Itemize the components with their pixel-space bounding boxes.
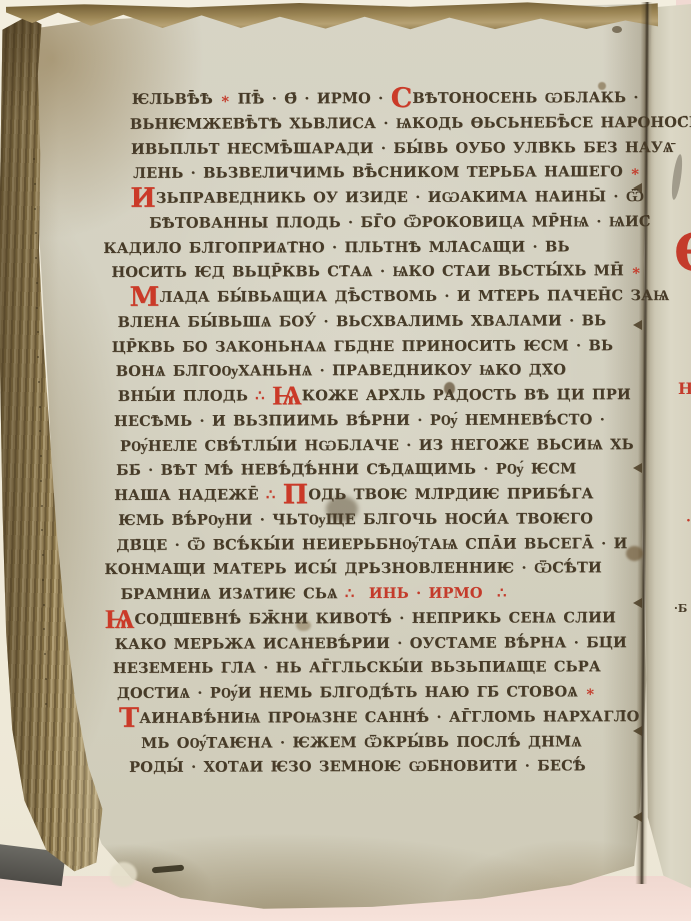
prick-mark xyxy=(41,505,43,507)
adjacent-page-letter-fragment: Н xyxy=(678,381,691,397)
text-line: ѤМЬ ВѢ́РѸНИ · ЧЬТѸЩЕ БЛ̄ГОЧЬ НОСИ́А ТВОѤ… xyxy=(104,510,652,537)
text-segment: СОДШ̄ЕВНѢ́ БЖ̄НИ КИВОТѢ́ · НЕПРИКЬ СЕНѦ … xyxy=(134,609,615,628)
text-segment: ПѢ̄ · Ѳ̄ · ИРМ̄О · xyxy=(230,90,390,108)
adjacent-page-letter-fragment: · xyxy=(686,514,691,528)
text-segment: АИНАВѢ́НИѨ ПРОѨЗНЕ САННѢ́ · АГ̄ГЛОМЬ НАР… xyxy=(139,708,639,727)
prick-mark xyxy=(40,480,42,482)
text-line: ВЛЕНА БЫ́ВЬШѦ БОУ́ · ВЬСХВАЛИМЬ ХВАЛАМИ … xyxy=(104,312,652,339)
text-line: ДВ̄ЦЕ · Ѿ ВСѢ́КЫ́И НЕИЕРЬБНѸ́ТАѨ СПА̄И В… xyxy=(104,535,652,562)
text-line: БРАМНИѦ ИЗѦТИѤ СЬѦ ∴ ИНЬ · ИРМО ∴ xyxy=(105,584,653,611)
text-line: НЕЗЕМЕНЬ ГЛ̄А · НЬ АГ̄ГЛЬСКЫ́И ВЬЗЬПИѦЩЕ… xyxy=(105,658,653,685)
prick-mark xyxy=(42,554,44,556)
text-line: БЬ̄ · ВѢТ МѢ́ НЕВѢ́ДѢ́ННИ СѢДѦЩИМЬ · РѸ́… xyxy=(104,460,652,487)
text-line: МЛАДА БЫ́ВЬѦЩИА ДѢ̄СТВОМЬ · И МТ̄ЕРЬ ПАЧ… xyxy=(103,287,651,314)
text-segment: ЛАДА БЫ́ВЬѦЩИА ДѢ̄СТВОМЬ · И МТ̄ЕРЬ ПАЧЕ… xyxy=(160,287,670,306)
text-line: ѨСОДШ̄ЕВНѢ́ БЖ̄НИ КИВОТѢ́ · НЕПРИКЬ СЕНѦ… xyxy=(105,609,653,636)
text-line: БѢТОВАННЫ ПЛОДЬ · БГ̄О ѾРОКОВИЦА МР̄НѨ ·… xyxy=(103,213,651,240)
text-line: РѸ́НЕЛЕ СВѢ́ТЛЫ́И НѠБЛАЧЕ · ИЗ НЕГОЖЕ ВЬ… xyxy=(104,436,652,463)
text-segment: РОДЫ́ · ХОТѦИ ѤЗО ЗЕМНОѤ ѠБ̄НОВИТИ · БЕС… xyxy=(129,758,586,777)
rubric-ornament: ∗ xyxy=(631,262,641,279)
page-stain xyxy=(612,26,622,33)
prick-mark xyxy=(40,455,42,457)
rubric-initial: С xyxy=(391,83,413,114)
text-line: ДОСТИѦ · РѸ́И НЕМЬ БЛ̄ГОДѢ́ТЬ НАЮ ГЬ̄ СТ… xyxy=(105,683,653,710)
rubric-ornament: ∴ xyxy=(266,486,283,503)
text-segment: КОЖЕ АРХ̄ЛЬ РАДОСТЬ ВѢ Ц̄И ПРИ xyxy=(302,386,631,404)
rubric-ornament: ∴ ИНЬ · ИРМО ∴ xyxy=(345,585,507,603)
rubric-initial: М xyxy=(129,282,159,313)
rubric-initial: Ѩ xyxy=(272,380,302,411)
text-segment: ДОСТИѦ · РѸ́И НЕМЬ БЛ̄ГОДѢ́ТЬ НАЮ ГЬ̄ СТ… xyxy=(117,683,585,702)
text-segment: ВОНѦ БЛ̄ГОѸХАНЬНѦ · ПРАВЕДНИКОУ ѨКО ДХ̄О xyxy=(116,362,566,381)
text-segment: НАША НАДЕЖЕ̄ xyxy=(114,486,266,504)
text-line: КОНМАЩИ МАТ̄ЕРЬ ИСЫ́ ДРЬЗНОВЛЕННИѤ · ѾСѢ… xyxy=(104,559,652,586)
text-segment: БѢТОВАННЫ ПЛОДЬ · БГ̄О ѾРОКОВИЦА МР̄НѨ ·… xyxy=(149,213,650,232)
codex-photo: ЄН·Б· ѤЛЬВѢ̄Ѣ ∗ ПѢ̄ · Ѳ̄ · ИРМ̄О · СВѢТО… xyxy=(0,0,691,921)
rubric-initial: И xyxy=(130,183,156,214)
text-line: ТАИНАВѢ́НИѨ ПРОѨЗНЕ САННѢ́ · АГ̄ГЛОМЬ НА… xyxy=(105,708,653,735)
text-segment: КАКО МЕРЬЖА ИСАНЕВѢ́РИИ · ОУСТАМЕ ВѢ́РНА… xyxy=(115,634,627,653)
prick-mark xyxy=(45,678,47,680)
text-segment: ВЛЕНА БЫ́ВЬШѦ БОУ́ · ВЬСХВАЛИМЬ ХВАЛАМИ … xyxy=(118,312,607,331)
prick-mark xyxy=(45,703,47,705)
prick-mark xyxy=(43,604,45,606)
text-segment: ѤМЬ ВѢ́РѸНИ · ЧЬТѸЩЕ БЛ̄ГОЧЬ НОСИ́А ТВОѤ… xyxy=(118,510,593,529)
text-segment: БРАМНИѦ ИЗѦТИѤ СЬѦ xyxy=(121,585,345,603)
prick-mark xyxy=(39,406,41,408)
text-segment: ВНЫ́И ПЛОДЬ xyxy=(118,387,255,404)
rubric-ornament: ∗ xyxy=(630,163,640,180)
text-segment: КОНМАЩИ МАТ̄ЕРЬ ИСЫ́ ДРЬЗНОВЛЕННИѤ · ѾСѢ… xyxy=(104,559,601,578)
text-segment: ЗЬПРАВЕДНИКЬ ОУ ИЗИДЕ · ИѠАКИМА НАИНЫ̄ ·… xyxy=(156,188,644,207)
text-segment: РѸ́НЕЛЕ СВѢ́ТЛЫ́И НѠБЛАЧЕ · ИЗ НЕГОЖЕ ВЬ… xyxy=(120,436,634,455)
gutter-notch xyxy=(633,812,642,822)
parchment-pale-spot xyxy=(110,862,137,887)
text-line: ЦР̄КВЬ БО ЗАКОНЬНАѦ ГЬ̄ДНЕ ПРИНОСИТЬ ѤСМ… xyxy=(104,337,652,364)
prick-mark xyxy=(38,381,40,383)
text-segment: МЬ ОѸ́ТАѤНА · ѤЖЕМ ѾКРЫ́ВЬ ПОСЛѢ́ ДНМ̄Ѧ xyxy=(141,733,582,752)
text-line: ЛЕНЬ · ВЬЗВЕЛИЧИМЬ ВѢ̄СНИКОМ ТЕРЬБА НАШЕ… xyxy=(103,163,651,190)
prick-mark xyxy=(33,158,35,160)
rubric-initial: Ѩ xyxy=(105,604,135,635)
rubric-ornament: ∗ xyxy=(220,91,230,108)
text-line: НЕСѢМЬ · И ВЬЗПИИМЬ ВѢ́РНИ · РѸ́ НЕМНЕВѢ… xyxy=(104,411,652,438)
adjacent-page-stain xyxy=(670,154,684,201)
text-segment: ВѢТОНОСЕНЬ ѠБЛАКЬ · xyxy=(412,89,638,107)
text-segment: БЬ̄ · ВѢТ МѢ́ НЕВѢ́ДѢ́ННИ СѢДѦЩИМЬ · РѸ́… xyxy=(116,461,576,480)
text-segment: ѤЛЬВѢ̄Ѣ xyxy=(132,91,220,108)
text-segment: ЛЕНЬ · ВЬЗВЕЛИЧИМЬ ВѢ̄СНИКОМ ТЕРЬБА НАШЕ… xyxy=(133,163,630,182)
text-segment: ВЬНѤМЖЕВѢ̄ТѢ ХЬВЛИСА · ѨКОДЬ ѲЬСЬНЕБѢ̄СЕ… xyxy=(130,113,691,132)
rubric-ornament: ∗ xyxy=(585,683,595,700)
text-line: ИВЬПЛЬТ НЕСМѢ̄ШАРАДИ · БЫ́ВЬ ОУБО УЛВ̄КЬ… xyxy=(103,139,651,166)
text-segment: ДВ̄ЦЕ · Ѿ ВСѢ́КЫ́И НЕИЕРЬБНѸ́ТАѨ СПА̄И В… xyxy=(116,535,627,554)
prick-mark xyxy=(35,232,37,234)
text-segment: КАДИЛО БЛ̄ГОПРИѦТ̄НО · ПЛЬТНѢ МЛ̄АСѦЩИ ·… xyxy=(103,238,569,257)
text-line: ѤЛЬВѢ̄Ѣ ∗ ПѢ̄ · Ѳ̄ · ИРМ̄О · СВѢТОНОСЕНЬ… xyxy=(103,89,651,116)
text-line: НАША НАДЕЖЕ̄ ∴ ПОДЬ ТВОѤ МЛ̄РДИѤ ПРИБѢ́Г… xyxy=(104,485,652,512)
text-line: ИЗЬПРАВЕДНИКЬ ОУ ИЗИДЕ · ИѠАКИМА НАИНЫ̄ … xyxy=(103,188,651,215)
text-segment: ИВЬПЛЬТ НЕСМѢ̄ШАРАДИ · БЫ́ВЬ ОУБО УЛВ̄КЬ… xyxy=(131,138,674,157)
text-line: КАДИЛО БЛ̄ГОПРИѦТ̄НО · ПЛЬТНѢ МЛ̄АСѦЩИ ·… xyxy=(103,238,651,265)
prick-mark xyxy=(34,208,36,210)
text-segment: НЕСѢМЬ · И ВЬЗПИИМЬ ВѢ́РНИ · РѸ́ НЕМНЕВѢ… xyxy=(114,411,605,430)
prick-mark xyxy=(34,183,36,185)
text-segment: ЦР̄КВЬ БО ЗАКОНЬНАѦ ГЬ̄ДНЕ ПРИНОСИТЬ ѤСМ… xyxy=(112,337,614,356)
text-line: КАКО МЕРЬЖА ИСАНЕВѢ́РИИ · ОУСТАМЕ ВѢ́РНА… xyxy=(105,634,653,661)
text-line: ВОНѦ БЛ̄ГОѸХАНЬНѦ · ПРАВЕДНИКОУ ѨКО ДХ̄О xyxy=(104,361,652,388)
text-block: ѤЛЬВѢ̄Ѣ ∗ ПѢ̄ · Ѳ̄ · ИРМ̄О · СВѢТОНОСЕНЬ… xyxy=(103,89,653,784)
text-segment: НОСИТЬ ѤД ВЬЦР̄КВЬ СТ̄АѦ · ѨКО СТАИ ВЬСТ… xyxy=(111,262,631,281)
text-segment: НЕЗЕМЕНЬ ГЛ̄А · НЬ АГ̄ГЛЬСКЫ́И ВЬЗЬПИѦЩЕ… xyxy=(113,658,601,677)
text-line: РОДЫ́ · ХОТѦИ ѤЗО ЗЕМНОѤ ѠБ̄НОВИТИ · БЕС… xyxy=(105,757,653,784)
rubric-ornament: ∴ xyxy=(255,387,272,404)
text-line: ВЬНѤМЖЕВѢ̄ТѢ ХЬВЛИСА · ѨКОДЬ ѲЬСЬНЕБѢ̄СЕ… xyxy=(103,114,651,141)
adjacent-page-letter-fragment: Є xyxy=(674,228,691,280)
prick-mark xyxy=(36,282,38,284)
rubric-initial: П xyxy=(283,479,309,510)
text-line: ВНЫ́И ПЛОДЬ ∴ ѨКОЖЕ АРХ̄ЛЬ РАДОСТЬ ВѢ Ц̄… xyxy=(104,386,652,413)
text-line: НОСИТЬ ѤД ВЬЦР̄КВЬ СТ̄АѦ · ѨКО СТАИ ВЬСТ… xyxy=(103,262,651,289)
text-segment: ОДЬ ТВОѤ МЛ̄РДИѤ ПРИБѢ́ГА xyxy=(308,485,593,503)
text-line: МЬ ОѸ́ТАѤНА · ѤЖЕМ ѾКРЫ́ВЬ ПОСЛѢ́ ДНМ̄Ѧ xyxy=(105,733,653,760)
rubric-initial: Т xyxy=(119,703,139,734)
adjacent-page-letter-fragment: ·Б xyxy=(674,603,687,614)
prick-mark xyxy=(44,653,46,655)
